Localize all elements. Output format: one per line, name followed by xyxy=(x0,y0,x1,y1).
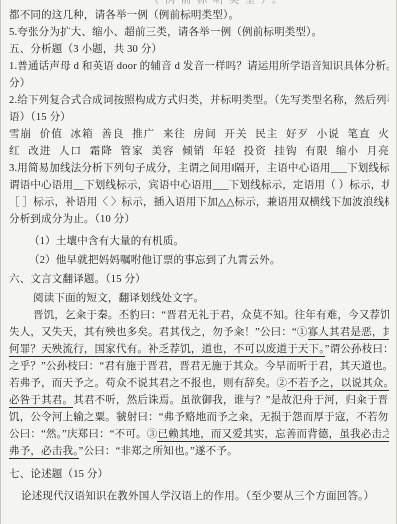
text-segment: 谓语中心语用__下划线标示，宾语中心语用___下划线标示，定语用（ ）标示，状语… xyxy=(9,180,389,191)
text-segment: 之乎？”公孙枝曰：“君有施于晋君，晋君无施于其众。今旱而听于君，其天道也。君 xyxy=(9,361,389,372)
text-segment: ”谓公孙枝曰：“予 xyxy=(325,344,389,355)
text-line: 语）（15 分） xyxy=(9,109,389,126)
underlined-passage-text: 何罪？天殃流行，国家代有。补乏荐饥，道也，不可以废道于天下。 xyxy=(9,344,325,357)
text-line: 五、分析题（3 小题，共 30 分） xyxy=(9,41,389,58)
text-segment: 若弗予，而天予之。苟众不说其君之不报也，则有辞矣。② xyxy=(9,378,287,389)
underlined-passage-text: 已赖其地，而又爱其实，忘善而背德，虽我必击之。 xyxy=(157,429,389,442)
text-line: 晋饥，乞籴于秦。丕豹曰：“晋君无礼于君，众莫不知。往年有难，今又荐饥。已 xyxy=(9,307,389,324)
text-line: 失人，又失天，其有殃也多矣。君其伐之，勿予籴！”公曰：“①寡人其君是恶，其民 xyxy=(9,324,389,341)
text-line: 红 改进 人口 霜降 管家 美容 倾销 年轻 投资 挂钩 有限 缩小 月亮 xyxy=(9,143,389,160)
text-line: 分） xyxy=(9,75,389,92)
text-segment: 论述现代汉语知识在教外国人学汉语上的作用。（至少要从三个方面回答。） xyxy=(21,491,374,502)
text-segment: 3.用简易加线法分析下列句子成分，主谓之间用‖隔开，主语中心语用___下划线标示… xyxy=(9,163,389,174)
text-line: （1）土壤中含有大量的有机质。 xyxy=(9,233,389,250)
text-segment: 失人，又失天，其有殃也多矣。君其伐之，勿予籴！”公曰：“① xyxy=(9,327,308,338)
text-line: 之乎？”公孙枝曰：“君有施于晋君，晋君无施于其众。今旱而听于君，其天道也。君 xyxy=(9,358,389,375)
text-line: 雪崩 价值 冰箱 善良 推广 来往 房间 开关 民主 好歹 小说 笔直 火 xyxy=(9,126,389,143)
text-segment: 六、文言文翻译题。（15 分） xyxy=(9,274,146,285)
underlined-passage-text: 弗予，必击我。 xyxy=(9,446,79,459)
text-line: 饥，公令河上输之粟。虢射曰：“弗予赂地而予之籴，无损于怨而厚于寇，不若勿予。” xyxy=(9,409,389,426)
text-line: 3.用简易加线法分析下列句子成分，主谓之间用‖隔开，主语中心语用___下划线标示… xyxy=(9,160,389,177)
text-segment: ”公曰：“非郑之所知也。”遂不予。 xyxy=(79,446,238,457)
text-segment: 饥，公令河上输之粟。虢射曰：“弗予赂地而予之籴，无损于怨而厚于寇，不若勿予。” xyxy=(9,412,389,423)
text-line: 分析到成分为止。（10 分） xyxy=(9,211,389,228)
text-segment: 5.夸张分为扩大、缩小、超前三类，请各举一例（例前标明类型）。 xyxy=(9,27,322,38)
text-line: 阅读下面的短文，翻译划线处文字。 xyxy=(9,290,389,307)
text-line: 都不同的这几种，请各举一例（例前标明类型）。 xyxy=(9,7,389,24)
text-segment: （2）他早就把妈妈嘱咐他订票的事忘到了九霄云外。 xyxy=(29,255,281,266)
text-segment: 1.普通话声母 d 和英语 door 的辅音 d 发音一样吗？请运用所学语音知识… xyxy=(9,61,389,72)
text-segment: 其君不听，然后诛焉。虽欲御我，谁与？”是故氾舟于河，归籴于晋。秦 xyxy=(73,395,389,406)
text-line: 七、论述题（15 分） xyxy=(9,466,389,483)
text-segment: 都不同的这几种，请各举一例（例前标明类型）。 xyxy=(9,10,239,21)
text-segment: 五、分析题（3 小题，共 30 分） xyxy=(9,44,162,55)
underlined-passage-text: 必咎于其君。 xyxy=(9,395,73,408)
exam-lines: 都不同的这几种，请各举一例（例前标明类型）。5.夸张分为扩大、缩小、超前三类，请… xyxy=(1,0,397,505)
text-line: 5.夸张分为扩大、缩小、超前三类，请各举一例（例前标明类型）。 xyxy=(9,24,389,41)
text-line: 1.普通话声母 d 和英语 door 的辅音 d 发音一样吗？请运用所学语音知识… xyxy=(9,58,389,75)
text-line: 必咎于其君。其君不听，然后诛焉。虽欲御我，谁与？”是故氾舟于河，归籴于晋。秦 xyxy=(9,392,389,409)
text-segment: 七、论述题（15 分） xyxy=(9,469,108,480)
underlined-passage-text: 寡人其君是恶，其民 xyxy=(308,327,389,340)
text-line: 2.给下列复合式合成词按照构成方式归类，并标明类型。（先写类型名称，然后列举词 xyxy=(9,92,389,109)
text-segment: 红 改进 人口 霜降 管家 美容 倾销 年轻 投资 挂钩 有限 缩小 月亮 xyxy=(9,146,389,157)
text-line: 六、文言文翻译题。（15 分） xyxy=(9,271,389,288)
text-segment: 雪崩 价值 冰箱 善良 推广 来往 房间 开关 民主 好歹 小说 笔直 火 xyxy=(9,129,389,140)
underlined-passage-text: 不若予之，以说其众。众说， xyxy=(287,378,389,391)
text-segment: 语）（15 分） xyxy=(9,112,71,123)
text-segment: 分） xyxy=(9,78,30,89)
text-line: 若弗予，而天予之。苟众不说其君之不报也，则有辞矣。②不若予之，以说其众。众说， xyxy=(9,375,389,392)
text-segment: ［ ］标示，补语用〈 〉标示，插入语用下加△△标示，兼语用双横线下加波浪线标示， xyxy=(9,197,389,208)
text-line: 弗予，必击我。”公曰：“非郑之所知也。”遂不予。 xyxy=(9,443,389,460)
text-segment: 2.给下列复合式合成词按照构成方式归类，并标明类型。（先写类型名称，然后列举词 xyxy=(9,95,389,106)
text-line: 论述现代汉语知识在教外国人学汉语上的作用。（至少要从三个方面回答。） xyxy=(9,488,389,505)
text-line: ［ ］标示，补语用〈 〉标示，插入语用下加△△标示，兼语用双横线下加波浪线标示， xyxy=(9,194,389,211)
exam-page: （例前标明类型）。 都不同的这几种，请各举一例（例前标明类型）。5.夸张分为扩大… xyxy=(0,0,397,524)
text-segment: 公曰：“然。”庆郑曰：“不可。③ xyxy=(9,429,157,440)
text-line: 何罪？天殃流行，国家代有。补乏荐饥，道也，不可以废道于天下。”谓公孙枝曰：“予 xyxy=(9,341,389,358)
text-segment: （1）土壤中含有大量的有机质。 xyxy=(29,236,184,247)
text-line: （2）他早就把妈妈嘱咐他订票的事忘到了九霄云外。 xyxy=(9,252,389,269)
text-segment: 晋饥，乞籴于秦。丕豹曰：“晋君无礼于君，众莫不知。往年有难，今又荐饥。已 xyxy=(33,310,389,321)
text-segment: 阅读下面的短文，翻译划线处文字。 xyxy=(33,293,204,304)
text-line: 公曰：“然。”庆郑曰：“不可。③已赖其地，而又爱其实，忘善而背德，虽我必击之。 xyxy=(9,426,389,443)
text-line: 谓语中心语用__下划线标示，宾语中心语用___下划线标示，定语用（ ）标示，状语… xyxy=(9,177,389,194)
text-segment: 分析到成分为止。（10 分） xyxy=(9,214,135,225)
